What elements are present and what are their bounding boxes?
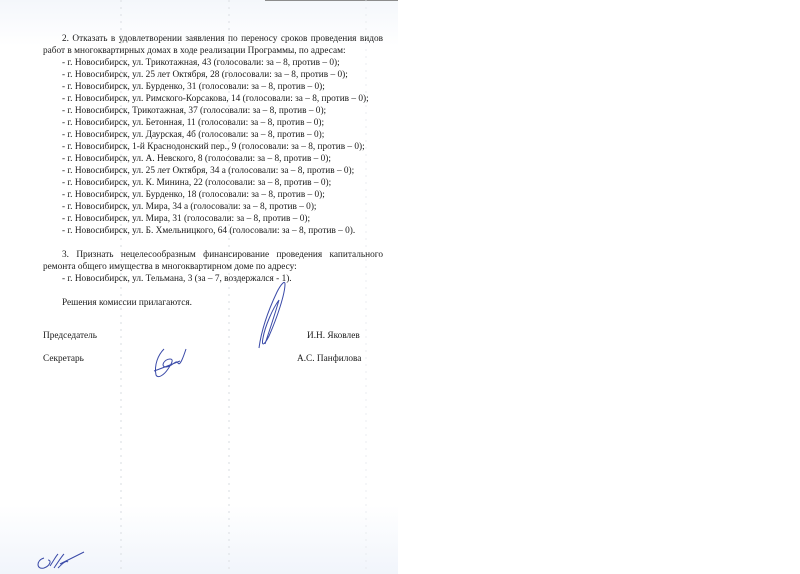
address-item: - г. Новосибирск, ул. А. Невского, 8 (го… [43, 153, 383, 165]
page-edge-line [265, 0, 398, 1]
address-item: - г. Новосибирск, ул. Б. Хмельницкого, 6… [43, 225, 383, 237]
address-item: - г. Новосибирск, ул. 25 лет Октября, 28… [43, 69, 383, 81]
address-item: - г. Новосибирск, ул. Тельмана, 3 (за – … [43, 273, 383, 285]
margin-initials-signature [34, 550, 86, 572]
closing-note: Решения комиссии прилагаются. [43, 297, 383, 309]
address-item: - г. Новосибирск, ул. К. Минина, 22 (гол… [43, 177, 383, 189]
address-item: - г. Новосибирск, ул. Мира, 31 (голосова… [43, 213, 383, 225]
address-item: - г. Новосибирск, Трикотажная, 37 (голос… [43, 105, 383, 117]
address-item: - г. Новосибирск, ул. Даурская, 4б (голо… [43, 129, 383, 141]
secretary-signature [150, 345, 190, 381]
address-item: - г. Новосибирск, ул. Римского-Корсакова… [43, 93, 383, 105]
address-item: - г. Новосибирск, ул. Бурденко, 31 (голо… [43, 81, 383, 93]
chair-role: Председатель [43, 331, 97, 341]
section-2-heading: 2. Отказать в удовлетворении заявления п… [43, 33, 383, 57]
address-item: - г. Новосибирск, ул. 25 лет Октября, 34… [43, 165, 383, 177]
secretary-name: А.С. Панфилова [297, 354, 361, 364]
chair-name: И.Н. Яковлев [307, 331, 360, 341]
address-item: - г. Новосибирск, ул. Бетонная, 11 (голо… [43, 117, 383, 129]
address-item: - г. Новосибирск, ул. Мира, 34 а (голосо… [43, 201, 383, 213]
section-3-heading: 3. Признать нецелесообразным финансирова… [43, 249, 383, 273]
chair-signature [255, 278, 291, 350]
secretary-role: Секретарь [43, 354, 84, 364]
address-item: - г. Новосибирск, ул. Бурденко, 18 (голо… [43, 189, 383, 201]
document-body: 2. Отказать в удовлетворении заявления п… [43, 33, 383, 309]
address-item: - г. Новосибирск, 1-й Краснодонский пер.… [43, 141, 383, 153]
scanned-page: 2. Отказать в удовлетворении заявления п… [0, 0, 398, 574]
address-item: - г. Новосибирск, ул. Трикотажная, 43 (г… [43, 57, 383, 69]
